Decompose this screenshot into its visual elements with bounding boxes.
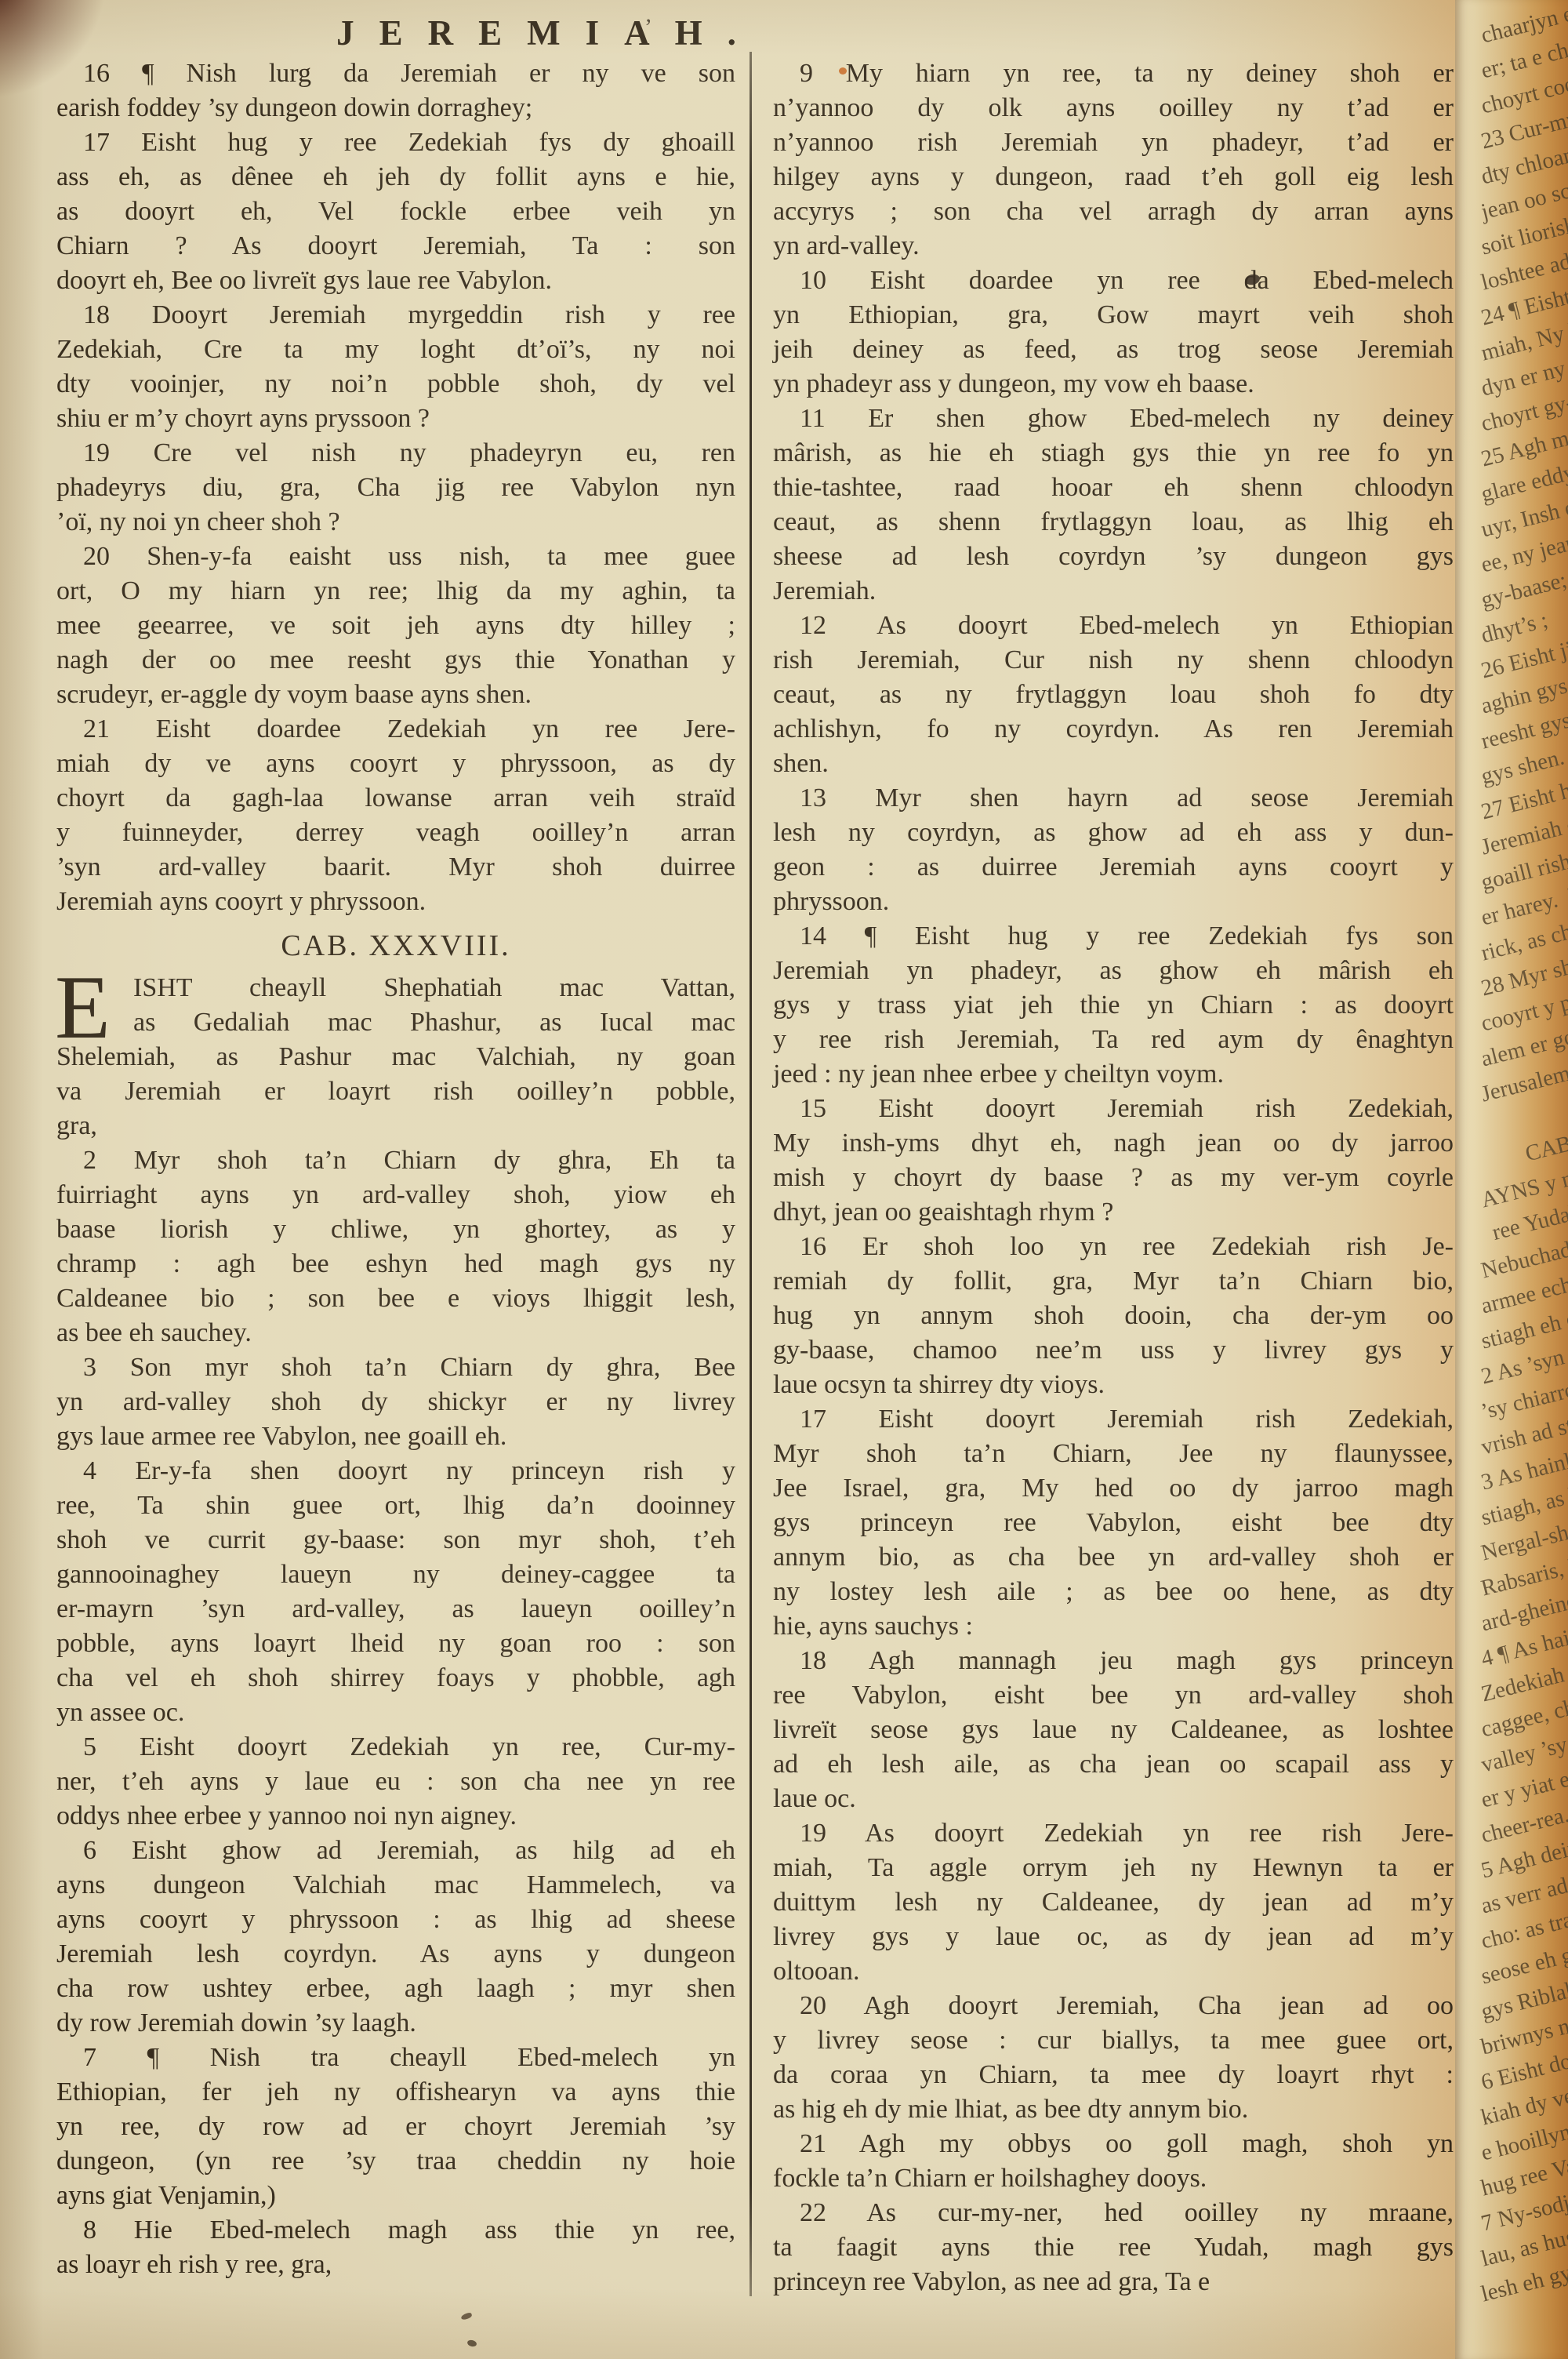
text-line: y fuinneyder, derrey veagh ooilley’n arr… bbox=[56, 816, 735, 850]
text-line: ta faagit ayns thie ree Yudah, magh gys bbox=[773, 2230, 1454, 2265]
ink-speck bbox=[839, 67, 847, 75]
text-line: gy-baase, chamoo nee’m uss y livrey gys … bbox=[773, 1333, 1454, 1368]
header-ink-mark: ’ bbox=[644, 14, 652, 41]
text-line: oltooan. bbox=[773, 1954, 1454, 1989]
text-line: fuirriaght ayns yn ard-valley shoh, yiow… bbox=[56, 1178, 735, 1212]
text-line: gys y trass yiat jeh thie yn Chiarn : as… bbox=[773, 988, 1454, 1023]
text-line: yn Ethiopian, gra, Gow mayrt veih shoh bbox=[773, 298, 1454, 333]
text-line: cha row ushtey erbee, agh laagh ; myr sh… bbox=[56, 1972, 735, 2006]
text-line: EISHT cheayll Shephatiah mac Vattan, bbox=[56, 971, 735, 1005]
text-line: pobble, ayns loayrt lheid ny goan roo : … bbox=[56, 1627, 735, 1661]
text-line: 16 Er shoh loo yn ree Zedekiah rish Je- bbox=[773, 1230, 1454, 1264]
text-line: ny lostey lesh aile ; as bee oo hene, as… bbox=[773, 1575, 1454, 1609]
text-line: 5 Eisht dooyrt Zedekiah yn ree, Cur-my- bbox=[56, 1730, 735, 1765]
next-page-edge: chaarjyn er voer; ta e chassynchoyrt coo… bbox=[1455, 0, 1568, 2359]
text-line: hie, ayns sauchys : bbox=[773, 1609, 1454, 1644]
text-line: 12 As dooyrt Ebed-melech yn Ethiopian bbox=[773, 609, 1454, 643]
text-line: 2 Myr shoh ta’n Chiarn dy ghra, Eh ta bbox=[56, 1143, 735, 1178]
text-line: yn ard-valley. bbox=[773, 229, 1454, 264]
text-line: rish Jeremiah, Cur nish ny shenn chloody… bbox=[773, 643, 1454, 678]
text-line: 17 Eisht dooyrt Jeremiah rish Zedekiah, bbox=[773, 1402, 1454, 1437]
text-line: annym bio, as cha bee yn ard-valley shoh… bbox=[773, 1540, 1454, 1575]
text-line: mârish, as hie eh stiagh gys thie yn ree… bbox=[773, 436, 1454, 471]
text-line: phadeyrys diu, gra, Cha jig ree Vabylon … bbox=[56, 471, 735, 505]
text-line: as dooyrt eh, Vel fockle erbee veih yn bbox=[56, 194, 735, 229]
text-line: lesh ny coyrdyn, as ghow ad eh ass y dun… bbox=[773, 816, 1454, 850]
text-line: ree Vabylon, eisht bee yn ard-valley sho… bbox=[773, 1678, 1454, 1713]
running-header: JEREMIAH. bbox=[47, 13, 1051, 56]
text-line: nagh der oo mee reesht gys thie Yonathan… bbox=[56, 643, 735, 678]
text-line: er-mayrn ’syn ard-valley, as laueyn ooil… bbox=[56, 1592, 735, 1627]
text-line: chramp : agh bee eshyn hed magh gys ny bbox=[56, 1247, 735, 1281]
text-line: remiah dy follit, gra, Myr ta’n Chiarn b… bbox=[773, 1264, 1454, 1299]
text-line: 4 Er-y-fa shen dooyrt ny princeyn rish y bbox=[56, 1454, 735, 1488]
text-line: ayns cooyrt y phryssoon : as lhig ad she… bbox=[56, 1903, 735, 1937]
text-line: 18 Agh mannagh jeu magh gys princeyn bbox=[773, 1644, 1454, 1678]
text-line: 17 Eisht hug y ree Zedekiah fys dy ghoai… bbox=[56, 125, 735, 160]
text-line: My insh-yms dhyt eh, nagh jean oo dy jar… bbox=[773, 1126, 1454, 1161]
text-line: ass eh, as dênee eh jeh dy follit ayns e… bbox=[56, 160, 735, 194]
text-line: 22 As cur-my-ner, hed ooilley ny mraane, bbox=[773, 2196, 1454, 2230]
text-line: 19 As dooyrt Zedekiah yn ree rish Jere- bbox=[773, 1816, 1454, 1851]
text-line: Zedekiah, Cre ta my loght dt’oï’s, ny no… bbox=[56, 333, 735, 367]
text-line: ree, Ta shin guee ort, lhig da’n dooinne… bbox=[56, 1488, 735, 1523]
text-line: ’syn ard-valley baarit. Myr shoh duirree bbox=[56, 850, 735, 885]
text-line: dungeon, (yn ree ’sy traa cheddin ny hoi… bbox=[56, 2144, 735, 2179]
book-page: JEREMIAH. ’ 16 ¶ Nish lurg da Jeremiah e… bbox=[0, 0, 1568, 2359]
text-line: Myr shoh ta’n Chiarn, Jee ny flaunyssee, bbox=[773, 1437, 1454, 1471]
text-line: 21 Eisht doardee Zedekiah yn ree Jere- bbox=[56, 712, 735, 747]
text-line: duittym lesh ny Caldeanee, dy jean ad m’… bbox=[773, 1885, 1454, 1920]
text-line: ayns giat Venjamin,) bbox=[56, 2179, 735, 2213]
text-line: ceaut, as shenn frytlaggyn loau, as lhig… bbox=[773, 505, 1454, 540]
text-line: 19 Cre vel nish ny phadeyryn eu, ren bbox=[56, 436, 735, 471]
text-line: cha vel eh shoh shirrey foays y phobble,… bbox=[56, 1661, 735, 1696]
text-line: ner, t’eh ayns y laue eu : son cha nee y… bbox=[56, 1765, 735, 1799]
text-line: laue oc. bbox=[773, 1782, 1454, 1816]
text-line: phryssoon. bbox=[773, 885, 1454, 919]
text-line: livreït seose gys laue ny Caldeanee, as … bbox=[773, 1713, 1454, 1747]
text-line: gys laue armee ree Vabylon, nee goaill e… bbox=[56, 1419, 735, 1454]
text-line: dooyrt eh, Bee oo livreït gys laue ree V… bbox=[56, 264, 735, 298]
text-line: yn ard-valley shoh dy shickyr er ny livr… bbox=[56, 1385, 735, 1419]
text-line: gannooinaghey laueyn ny deiney-caggee ta bbox=[56, 1558, 735, 1592]
text-line: ayns dungeon Valchiah mac Hammelech, va bbox=[56, 1868, 735, 1903]
text-line: n’yannoo rish Jeremiah yn phadeyr, t’ad … bbox=[773, 125, 1454, 160]
text-line: Jeremiah lesh coyrdyn. As ayns y dungeon bbox=[56, 1937, 735, 1972]
text-line: 8 Hie Ebed-melech magh ass thie yn ree, bbox=[56, 2213, 735, 2248]
text-line: laue ocsyn ta shirrey dty vioys. bbox=[773, 1368, 1454, 1402]
text-line: miah, Ta aggle orrym jeh ny Hewnyn ta er bbox=[773, 1851, 1454, 1885]
text-line: 20 Agh dooyrt Jeremiah, Cha jean ad oo bbox=[773, 1989, 1454, 2023]
text-line: 10 Eisht doardee yn ree da Ebed-melech bbox=[773, 264, 1454, 298]
text-line: dy row Jeremiah dowin ’sy laagh. bbox=[56, 2006, 735, 2041]
text-line: va Jeremiah er loayrt rish ooilley’n pob… bbox=[56, 1074, 735, 1109]
text-line: y ree rish Jeremiah, Ta red aym dy ênagh… bbox=[773, 1023, 1454, 1057]
text-line: yn phadeyr ass y dungeon, my vow eh baas… bbox=[773, 367, 1454, 402]
text-line: gys princeyn ree Vabylon, eisht bee dty bbox=[773, 1506, 1454, 1540]
ink-speck bbox=[466, 2339, 477, 2348]
text-line: fockle ta’n Chiarn er hoilshaghey dooys. bbox=[773, 2161, 1454, 2196]
text-line: 14 ¶ Eisht hug y ree Zedekiah fys son bbox=[773, 919, 1454, 954]
text-line: Jeremiah yn phadeyr, as ghow eh mârish e… bbox=[773, 954, 1454, 988]
text-line: 15 Eisht dooyrt Jeremiah rish Zedekiah, bbox=[773, 1092, 1454, 1126]
text-line: Caldeanee bio ; son bee e vioys lhiggit … bbox=[56, 1281, 735, 1316]
left-text-column: 16 ¶ Nish lurg da Jeremiah er ny ve sone… bbox=[56, 56, 735, 2282]
text-line: Shelemiah, as Pashur mac Valchiah, ny go… bbox=[56, 1040, 735, 1074]
text-line: Chiarn ? As dooyrt Jeremiah, Ta : son bbox=[56, 229, 735, 264]
text-line: gra, bbox=[56, 1109, 735, 1143]
text-line: accyrys ; son cha vel arragh dy arran ay… bbox=[773, 194, 1454, 229]
text-line: 20 Shen-y-fa eaisht uss nish, ta mee gue… bbox=[56, 540, 735, 574]
text-line: as bee eh sauchey. bbox=[56, 1316, 735, 1350]
chapter-heading: CAB. XXXVIII. bbox=[56, 925, 735, 966]
text-line: scrudeyr, er-aggle dy voym baase ayns sh… bbox=[56, 678, 735, 712]
text-line: y livrey seose : cur biallys, ta mee gue… bbox=[773, 2023, 1454, 2058]
text-line: achlishyn, fo ny coyrdyn. As ren Jeremia… bbox=[773, 712, 1454, 747]
text-line: ort, O my hiarn yn ree; lhig da my aghin… bbox=[56, 574, 735, 609]
text-line: choyrt da gagh-laa lowanse arran veih st… bbox=[56, 781, 735, 816]
text-line: 9 My hiarn yn ree, ta ny deiney shoh er bbox=[773, 56, 1454, 91]
text-line: geon : as duirree Jeremiah ayns cooyrt y bbox=[773, 850, 1454, 885]
text-line: shoh ve currit gy-baase: son myr shoh, t… bbox=[56, 1523, 735, 1558]
text-line: dty vooinjer, ny noi’n pobble shoh, dy v… bbox=[56, 367, 735, 402]
ink-speck bbox=[460, 2312, 472, 2321]
text-line: as loayr eh rish y ree, gra, bbox=[56, 2248, 735, 2282]
text-line: earish foddey ’sy dungeon dowin dorraghe… bbox=[56, 91, 735, 125]
text-line: 7 ¶ Nish tra cheayll Ebed-melech yn bbox=[56, 2041, 735, 2075]
text-line: 6 Eisht ghow ad Jeremiah, as hilg ad eh bbox=[56, 1834, 735, 1868]
text-line: mee geearree, ve soit jeh ayns dty hille… bbox=[56, 609, 735, 643]
column-divider-rule bbox=[750, 52, 752, 2296]
text-line: 21 Agh my obbys oo goll magh, shoh yn bbox=[773, 2127, 1454, 2161]
text-line: hilgey ayns y dungeon, raad t’eh goll ei… bbox=[773, 160, 1454, 194]
text-line: hug yn annym shoh dooin, cha der-ym oo bbox=[773, 1299, 1454, 1333]
text-line: mish y choyrt dy baase ? as my ver-ym co… bbox=[773, 1161, 1454, 1195]
text-line: n’yannoo dy olk ayns ooilley ny t’ad er bbox=[773, 91, 1454, 125]
text-line: Jeremiah. bbox=[773, 574, 1454, 609]
text-line: sheese ad lesh coyrdyn ’sy dungeon gys bbox=[773, 540, 1454, 574]
text-line: dhyt, jean oo geaishtagh rhym ? bbox=[773, 1195, 1454, 1230]
text-line: 3 Son myr shoh ta’n Chiarn dy ghra, Bee bbox=[56, 1350, 735, 1385]
text-line: as Gedaliah mac Phashur, as Iucal mac bbox=[56, 1005, 735, 1040]
text-line: yn assee oc. bbox=[56, 1696, 735, 1730]
text-line: livrey gys y laue oc, as dy jean ad m’y bbox=[773, 1920, 1454, 1954]
text-line: miah dy ve ayns cooyrt y phryssoon, as d… bbox=[56, 747, 735, 781]
text-line: shen. bbox=[773, 747, 1454, 781]
text-line: Jeremiah ayns cooyrt y phryssoon. bbox=[56, 885, 735, 919]
text-line: oddys nhee erbee y yannoo noi nyn aigney… bbox=[56, 1799, 735, 1834]
text-line: Ethiopian, fer jeh ny offishearyn va ayn… bbox=[56, 2075, 735, 2110]
text-line: ceaut, as ny frytlaggyn loau shoh fo dty bbox=[773, 678, 1454, 712]
text-line: jeih deiney as feed, as trog seose Jerem… bbox=[773, 333, 1454, 367]
text-line: 13 Myr shen hayrn ad seose Jeremiah bbox=[773, 781, 1454, 816]
text-line: baase liorish y chliwe, yn ghortey, as y bbox=[56, 1212, 735, 1247]
text-line: 16 ¶ Nish lurg da Jeremiah er ny ve son bbox=[56, 56, 735, 91]
text-line: 18 Dooyrt Jeremiah myrgeddin rish y ree bbox=[56, 298, 735, 333]
text-line: shiu er m’y choyrt ayns pryssoon ? bbox=[56, 402, 735, 436]
text-line: Jee Israel, gra, My hed oo dy jarroo mag… bbox=[773, 1471, 1454, 1506]
text-line: princeyn ree Vabylon, as nee ad gra, Ta … bbox=[773, 2265, 1454, 2299]
right-text-column: 9 My hiarn yn ree, ta ny deiney shoh ern… bbox=[773, 56, 1454, 2299]
text-line: ’oï, ny noi yn cheer shoh ? bbox=[56, 505, 735, 540]
text-line: thie-tashtee, raad hooar eh shenn chlood… bbox=[773, 471, 1454, 505]
text-line: jeed : ny jean nhee erbee y cheiltyn voy… bbox=[773, 1057, 1454, 1092]
text-line: 11 Er shen ghow Ebed-melech ny deiney bbox=[773, 402, 1454, 436]
text-line: yn ree, dy row ad er choyrt Jeremiah ’sy bbox=[56, 2110, 735, 2144]
text-line: ad eh lesh aile, as cha jean oo scapail … bbox=[773, 1747, 1454, 1782]
text-line: as hig eh dy mie lhiat, as bee dty annym… bbox=[773, 2092, 1454, 2127]
text-line: da coraa yn Chiarn, ta mee dy loayrt rhy… bbox=[773, 2058, 1454, 2092]
